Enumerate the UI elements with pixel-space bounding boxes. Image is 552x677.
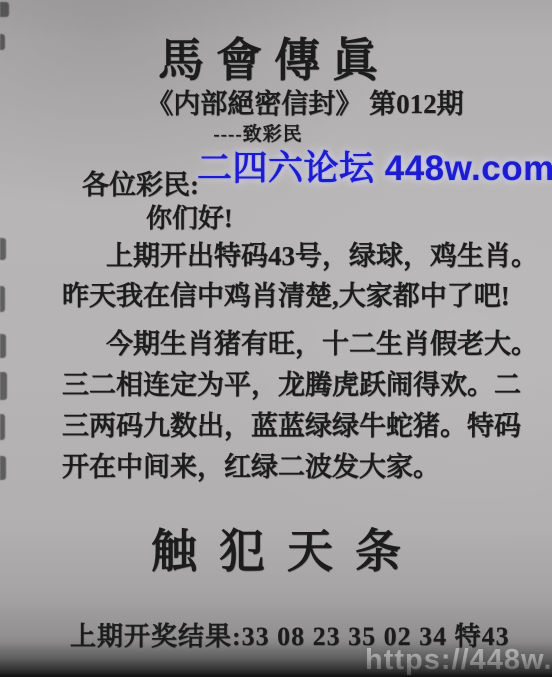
forum-watermark: 二四六论坛 448w.com — [197, 141, 552, 191]
scan-artifact — [0, 334, 6, 358]
scan-artifact — [0, 456, 6, 480]
letter-line: 三二相连定为平，龙腾虎跃闹得欢。二 — [62, 365, 538, 406]
scan-artifact — [0, 2, 9, 17]
letter-line: 开在中间来，红绿二波发大家。 — [62, 447, 538, 488]
scan-artifact — [0, 34, 5, 50]
fax-paper: 馬會傳眞 《内部絕密信封》 第012期 ----致彩民 二四六论坛 448w.c… — [0, 0, 552, 677]
scan-artifact — [0, 372, 7, 400]
scan-artifact — [0, 238, 6, 260]
greeting: 你们好! — [146, 198, 233, 235]
letter-paragraph-1: 上期开出特码43号，绿球，鸡生肖。 昨天我在信中鸡肖清楚,大家都中了吧! — [62, 236, 538, 316]
letter-line: 昨天我在信中鸡肖清楚,大家都中了吧! — [62, 276, 538, 316]
letter-line: 今期生肖猪有旺，十二生肖假老大。 — [62, 324, 538, 365]
scan-artifact — [0, 414, 5, 440]
page-title: 馬會傳眞 — [0, 24, 544, 90]
site-watermark: https://448w.com — [365, 644, 552, 677]
letter-line: 三两码九数出，蓝蓝绿绿牛蛇猪。特码 — [62, 406, 538, 447]
scan-artifact — [0, 286, 5, 312]
letter-paragraph-2: 今期生肖猪有旺，十二生肖假老大。 三二相连定为平，龙腾虎跃闹得欢。二 三两码九数… — [62, 324, 538, 488]
letter-line: 上期开出特码43号，绿球，鸡生肖。 — [62, 236, 538, 276]
warning-seal: 触犯天条 — [0, 515, 552, 581]
salutation: 各位彩民: — [82, 163, 199, 202]
issue-subtitle: 《内部絕密信封》 第012期 — [0, 82, 552, 121]
